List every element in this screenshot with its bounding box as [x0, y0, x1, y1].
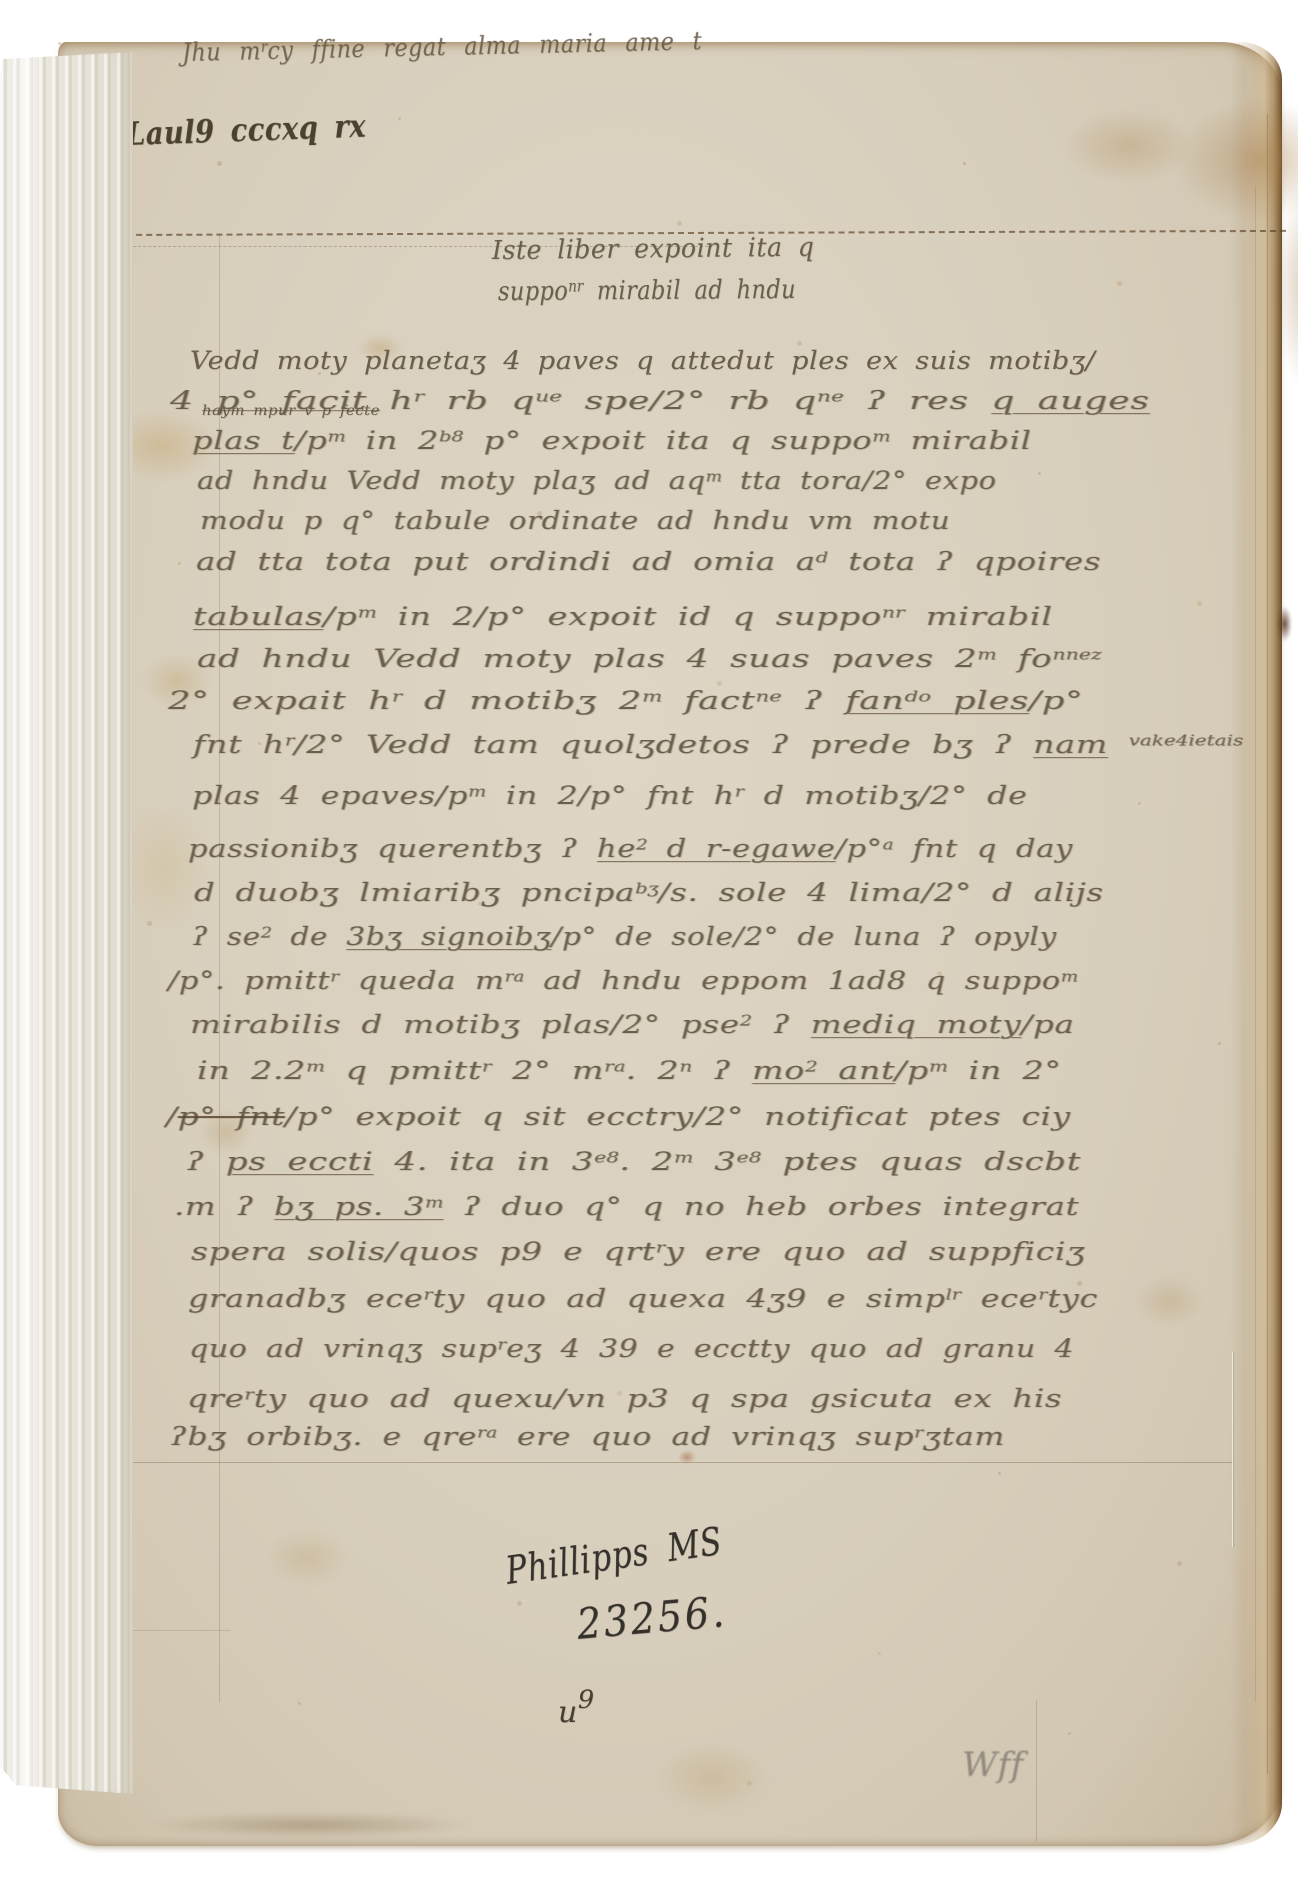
header-note-line-2: supponr mirabil ad hndu — [498, 277, 796, 305]
book-gutter-pages — [0, 52, 133, 1794]
manuscript-line: /p°. pmittr queda mra ad hndu eppom 1ad8… — [168, 968, 1078, 993]
manuscript-photo: Jhu mrcy ffine regat alma maria ame t La… — [0, 0, 1298, 1890]
stain — [1064, 110, 1194, 182]
manuscript-line: tabulas/pm in 2/p° expoit id q supponr m… — [193, 604, 1053, 629]
pencil-mark: Wff — [962, 1748, 1024, 1782]
stain — [656, 1742, 768, 1812]
manuscript-line: 2° expait hr d motibʒ 2m factne ʔ fando … — [168, 688, 1084, 713]
manuscript-line: ʔ ps eccti 4. ita in 3e8. 2m 3e8 ptes qu… — [186, 1149, 1081, 1174]
manuscript-line: ʔbʒ orbibʒ. e qrera ere quo ad vrinqʒ su… — [170, 1424, 1005, 1449]
manuscript-line: quo ad vrinqʒ supreʒ 4 39 e ecctty quo a… — [189, 1336, 1074, 1361]
manuscript-line: /p° fnt/p° expoit q sit ecctry/2° notifi… — [166, 1104, 1071, 1129]
stain — [1136, 1277, 1202, 1325]
manuscript-line: .m ʔ bʒ ps. 3m ʔ duo q° q no heb orbes i… — [174, 1194, 1079, 1219]
phillipps-number: 23256. — [575, 1591, 728, 1646]
manuscript-line: modu p q° tabule ordinate ad hndu vm mot… — [200, 508, 950, 533]
header-note-line-1: Iste liber expoint ita q — [492, 235, 815, 264]
manuscript-line: passionibʒ querentbʒ ʔ he2 d r-egawe/p°a… — [188, 836, 1073, 861]
manuscript-line: ad hndu Vedd moty plas 4 suas paves 2m f… — [197, 646, 1102, 671]
manuscript-line: d duobʒ lmiaribʒ pncipabʒ/s. sole 4 lima… — [194, 880, 1104, 905]
manuscript-line: qrerty quo ad quexu/vn p3 q spa gsicuta … — [187, 1386, 1062, 1411]
manuscript-line: plas 4 epaves/pm in 2/p° fnt hr d motibʒ… — [192, 783, 1028, 808]
manuscript-line: 4 p° facit hr rb que spe/2° rb qne ʔ res… — [170, 388, 1150, 413]
quire-signature: u9 — [558, 1688, 594, 1728]
manuscript-line: Vedd moty planetaʒ 4 paves q attedut ple… — [190, 348, 1095, 373]
ink-fleck — [678, 1450, 696, 1464]
manuscript-line: ʔ se2 de 3bʒ signoibʒ/p° de sole/2° de l… — [192, 924, 1057, 949]
manuscript-line: ad hndu Vedd moty plaʒ ad aqm tta tora/2… — [197, 468, 997, 493]
manuscript-line: spera solis/quos p9 e qrtry ere quo ad s… — [191, 1239, 1085, 1264]
manuscript-line: plas t/pm in 2b8 p° expoit ita q suppom … — [192, 428, 1032, 453]
page-edges — [1230, 42, 1282, 1846]
manuscript-line: granadbʒ ecerty quo ad quexa 4ʒ9 e simpl… — [188, 1286, 1098, 1311]
stain — [266, 1530, 348, 1586]
manuscript-line: fnt hr/2° Vedd tam quolʒdetos ʔ prede bʒ… — [193, 732, 1243, 757]
manuscript-line: ad tta tota put ordindi ad omia ad tota … — [196, 549, 1101, 574]
foxing-spots — [58, 42, 61, 45]
manuscript-line: in 2.2m q pmittr 2° mra. 2n ʔ mo2 ant/pm… — [197, 1058, 1062, 1083]
shelfmark-inscription: Laul9 cccxq rx — [125, 110, 366, 150]
manuscript-line: mirabilis d motibʒ plas/2° pse2 ʔ mediq … — [190, 1012, 1075, 1037]
